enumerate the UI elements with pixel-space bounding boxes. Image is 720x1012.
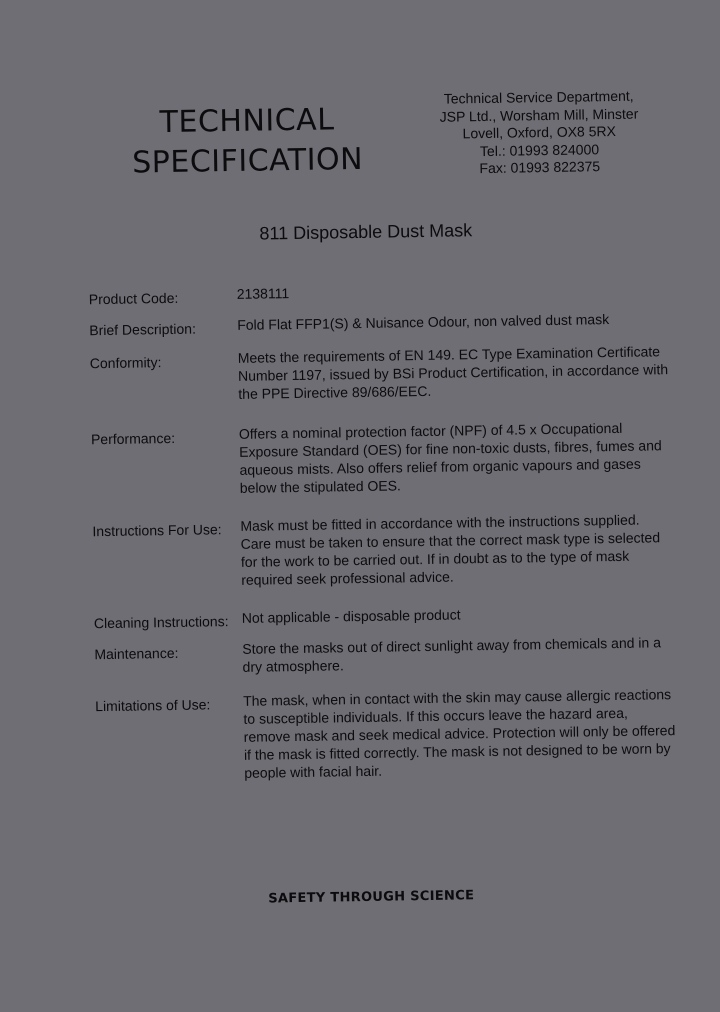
spec-label: Cleaning Instructions: xyxy=(94,609,242,632)
title-line-1: TECHNICAL xyxy=(122,100,373,144)
spec-label: Instructions For Use: xyxy=(92,517,241,591)
spec-list: Product Code: 2138111 Brief Description:… xyxy=(89,278,677,798)
address-line: JSP Ltd., Worsham Mill, Minster xyxy=(424,105,654,126)
document-title: TECHNICAL SPECIFICATION xyxy=(122,100,373,184)
spec-row-limitations-of-use: Limitations of Use: The mask, when in co… xyxy=(95,685,676,784)
spec-label: Brief Description: xyxy=(89,316,237,339)
spec-row-performance: Performance: Offers a nominal protection… xyxy=(91,418,672,499)
spec-row-product-code: Product Code: 2138111 xyxy=(89,278,669,308)
spec-value: Meets the requirements of EN 149. EC Typ… xyxy=(238,342,671,403)
spec-row-conformity: Conformity: Meets the requirements of EN… xyxy=(90,342,671,405)
company-address: Technical Service Department, JSP Ltd., … xyxy=(424,87,655,178)
spec-value: The mask, when in contact with the skin … xyxy=(243,685,676,782)
spec-value: Store the masks out of direct sunlight a… xyxy=(242,633,675,676)
spec-label: Limitations of Use: xyxy=(95,692,244,784)
spec-label: Conformity: xyxy=(90,349,239,405)
spec-row-instructions-for-use: Instructions For Use: Mask must be fitte… xyxy=(92,510,673,591)
title-line-2: SPECIFICATION xyxy=(122,140,373,184)
spec-value: Offers a nominal protection factor (NPF)… xyxy=(239,418,672,497)
spec-label: Performance: xyxy=(91,425,240,499)
spec-value: Not applicable - disposable product xyxy=(242,602,674,630)
spec-row-brief-description: Brief Description: Fold Flat FFP1(S) & N… xyxy=(89,309,669,339)
spec-value: 2138111 xyxy=(237,278,669,306)
fax: Fax: 01993 822375 xyxy=(425,157,655,178)
spec-value: Mask must be fitted in accordance with t… xyxy=(240,510,673,589)
spec-row-cleaning-instructions: Cleaning Instructions: Not applicable - … xyxy=(94,602,674,632)
spec-value: Fold Flat FFP1(S) & Nuisance Odour, non … xyxy=(237,309,669,337)
spec-label: Product Code: xyxy=(89,285,237,308)
spec-label: Maintenance: xyxy=(94,640,243,678)
product-title: 811 Disposable Dust Mask xyxy=(216,220,516,246)
footer-slogan: SAFETY THROUGH SCIENCE xyxy=(226,888,516,908)
document-page: TECHNICAL SPECIFICATION Technical Servic… xyxy=(0,0,720,1012)
spec-row-maintenance: Maintenance: Store the masks out of dire… xyxy=(94,633,674,678)
